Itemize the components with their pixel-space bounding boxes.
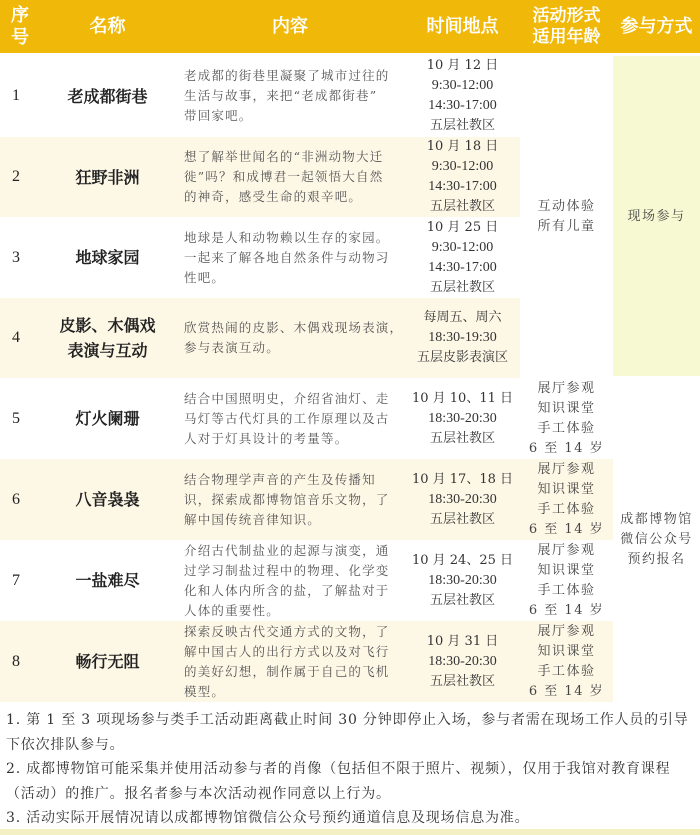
age-line: 6 至 14 岁 (529, 682, 604, 702)
content-line: 欣赏热闹的皮影、木偶戏现场表演， (184, 318, 403, 338)
form-line: 手工体验 (537, 581, 595, 601)
row-time-place: 10 月 17、18 日 18:30-20:30 五层社教区 (405, 459, 520, 540)
form-line: 手工体验 (537, 419, 595, 439)
row-index: 7 (0, 540, 40, 621)
form-line: 知识课堂 (537, 642, 595, 662)
row-name-line: 老成都街巷 (67, 84, 147, 109)
content-line: 模型。 (184, 682, 390, 702)
time-slot: 14:30-17:00 (428, 258, 496, 278)
place: 五层社教区 (430, 278, 495, 298)
header-time-place: 时间地点 (405, 0, 520, 53)
content-line: 结合中国照明史，介绍省油灯、走 (184, 389, 390, 409)
content-line: 介绍古代制盐业的起源与演变，通 (184, 541, 390, 561)
time-date: 每周五、周六 (423, 308, 501, 328)
row-form-age: 展厅参观 知识课堂 手工体验 6 至 14 岁 (520, 378, 613, 459)
row-name-line: 一盐难尽 (75, 568, 139, 593)
age-line: 6 至 14 岁 (529, 520, 604, 540)
age-line: 所有儿童 (537, 217, 595, 237)
time-date: 10 月 25 日 (427, 218, 498, 238)
participation-line: 成都博物馆 (620, 510, 693, 530)
row-name-line: 畅行无阻 (75, 649, 139, 674)
time-date: 10 月 18 日 (427, 137, 498, 157)
content-line: 一起来了解各地自然条件与动物习 (184, 248, 390, 268)
notes-section: 1. 第 1 至 3 项现场参与类手工活动距离截止时间 30 分钟即停止入场，参… (6, 708, 696, 831)
row-content: 结合中国照明史，介绍省油灯、走 马灯等古代灯具的工作原理以及古 人对于灯具设计的… (184, 378, 409, 459)
row-index: 3 (0, 217, 40, 298)
content-line: 解中国传统音律知识。 (184, 510, 390, 530)
content-line: 化和人体内所含的盐，了解盐对于 (184, 581, 390, 601)
content-line: 马灯等古代灯具的工作原理以及古 (184, 409, 390, 429)
row-index: 8 (0, 621, 40, 702)
row-name: 灯火阑珊 (40, 378, 175, 459)
header-age: 适用年龄 (533, 27, 601, 48)
place: 五层社教区 (430, 116, 495, 136)
time-date: 10 月 17、18 日 (412, 470, 513, 490)
row-content: 想了解举世闻名的“非洲动物大迁 徙”吗？和成博君一起领悟大自然 的神奇，感受生命… (184, 137, 409, 217)
merged-form-age-1-4: 互动体验 所有儿童 (520, 56, 613, 378)
header-index-line2: 号 (11, 27, 29, 49)
place: 五层社教区 (430, 510, 495, 530)
header-index: 序 号 (0, 0, 40, 53)
row-name: 地球家园 (40, 217, 175, 298)
time-slot: 9:30-12:00 (432, 157, 493, 177)
time-slot: 18:30-19:30 (428, 328, 496, 348)
row-time-place: 10 月 31 日 18:30-20:30 五层社教区 (405, 621, 520, 702)
row-name: 皮影、木偶戏 表演与互动 (40, 298, 175, 378)
header-name: 名称 (40, 0, 175, 53)
form-line: 知识课堂 (537, 480, 595, 500)
row-name: 八音袅袅 (40, 459, 175, 540)
form-line: 手工体验 (537, 500, 595, 520)
row-form-age: 展厅参观 知识课堂 手工体验 6 至 14 岁 (520, 459, 613, 540)
row-index: 6 (0, 459, 40, 540)
form-line: 展厅参观 (537, 622, 595, 642)
header-form-age: 活动形式 适用年龄 (520, 0, 613, 53)
note-1: 1. 第 1 至 3 项现场参与类手工活动距离截止时间 30 分钟即停止入场，参… (6, 708, 696, 757)
place: 五层社教区 (430, 672, 495, 692)
note-3: 3. 活动实际开展情况请以成都博物馆微信公众号预约通道信息及现场信息为准。 (6, 806, 696, 831)
time-slot: 18:30-20:30 (428, 652, 496, 672)
row-time-place: 10 月 12 日 9:30-12:00 14:30-17:00 五层社教区 (405, 56, 520, 136)
row-name-line: 八音袅袅 (75, 487, 139, 512)
content-line: 识，探索成都博物馆音乐文物，了 (184, 490, 390, 510)
form-line: 展厅参观 (537, 460, 595, 480)
row-time-place: 10 月 25 日 9:30-12:00 14:30-17:00 五层社教区 (405, 217, 520, 298)
content-line: 的美好幻想，制作属于自己的飞机 (184, 662, 390, 682)
table-header: 序 号 名称 内容 时间地点 活动形式 适用年龄 参与方式 (0, 0, 700, 53)
row-index: 4 (0, 298, 40, 378)
time-date: 10 月 10、11 日 (412, 389, 513, 409)
row-index: 5 (0, 378, 40, 459)
age-line: 6 至 14 岁 (529, 439, 604, 459)
form-line: 知识课堂 (537, 561, 595, 581)
header-participation: 参与方式 (613, 0, 700, 53)
place: 五层社教区 (430, 429, 495, 449)
content-line: 解中国古人的出行方式以及对飞行 (184, 642, 390, 662)
time-slot: 14:30-17:00 (428, 96, 496, 116)
row-time-place: 10 月 24、25 日 18:30-20:30 五层社教区 (405, 540, 520, 621)
row-name-line: 灯火阑珊 (75, 406, 139, 431)
row-name: 狂野非洲 (40, 137, 175, 217)
content-line: 性吧。 (184, 268, 390, 288)
row-content: 介绍古代制盐业的起源与演变，通 过学习制盐过程中的物理、化学变 化和人体内所含的… (184, 540, 409, 621)
row-name: 畅行无阻 (40, 621, 175, 702)
row-index: 2 (0, 137, 40, 217)
row-content: 地球是人和动物赖以生存的家园。 一起来了解各地自然条件与动物习 性吧。 (184, 217, 409, 298)
header-content: 内容 (175, 0, 405, 53)
note-2: 2. 成都博物馆可能采集并使用活动参与者的肖像（包括但不限于照片、视频），仅用于… (6, 757, 696, 806)
time-slot: 18:30-20:30 (428, 571, 496, 591)
content-line: 生活与故事，来把“老成都街巷” (184, 86, 390, 106)
content-line: 人体的重要性。 (184, 601, 390, 621)
content-line: 地球是人和动物赖以生存的家园。 (184, 228, 390, 248)
time-slot: 9:30-12:00 (432, 76, 493, 96)
form-line: 展厅参观 (537, 379, 595, 399)
row-content: 老成都的街巷里凝聚了城市过往的 生活与故事，来把“老成都街巷” 带回家吧。 (184, 56, 409, 136)
merged-participation-1-4: 现场参与 (613, 56, 700, 378)
time-slot: 9:30-12:00 (432, 238, 493, 258)
participation-text: 现场参与 (627, 207, 685, 227)
row-name: 老成都街巷 (40, 56, 175, 136)
row-content: 欣赏热闹的皮影、木偶戏现场表演， 参与表演互动。 (184, 298, 409, 378)
form-line: 手工体验 (537, 662, 595, 682)
time-slot: 18:30-20:30 (428, 490, 496, 510)
row-form-age: 展厅参观 知识课堂 手工体验 6 至 14 岁 (520, 621, 613, 702)
content-line: 参与表演互动。 (184, 338, 403, 358)
row-content: 探索反映古代交通方式的文物，了 解中国古人的出行方式以及对飞行 的美好幻想，制作… (184, 621, 409, 702)
content-line: 老成都的街巷里凝聚了城市过往的 (184, 66, 390, 86)
form-line: 知识课堂 (537, 399, 595, 419)
row-name-line: 表演与互动 (67, 338, 147, 363)
time-slot: 14:30-17:00 (428, 177, 496, 197)
age-line: 6 至 14 岁 (529, 601, 604, 621)
time-date: 10 月 24、25 日 (412, 551, 513, 571)
content-line: 想了解举世闻名的“非洲动物大迁 (184, 147, 383, 167)
row-name: 一盐难尽 (40, 540, 175, 621)
row-content: 结合物理学声音的产生及传播知 识，探索成都博物馆音乐文物，了 解中国传统音律知识… (184, 459, 409, 540)
content-line: 探索反映古代交通方式的文物，了 (184, 622, 390, 642)
bottom-divider (0, 829, 700, 835)
content-line: 徙”吗？和成博君一起领悟大自然 (184, 167, 383, 187)
row-name-line: 狂野非洲 (75, 165, 139, 190)
row-time-place: 每周五、周六 18:30-19:30 五层皮影表演区 (405, 298, 520, 378)
row-time-place: 10 月 10、11 日 18:30-20:30 五层社教区 (405, 378, 520, 459)
row-name-line: 地球家园 (75, 245, 139, 270)
content-line: 结合物理学声音的产生及传播知 (184, 470, 390, 490)
place: 五层社教区 (430, 591, 495, 611)
row-name-line: 皮影、木偶戏 (59, 313, 155, 338)
participation-line: 预约报名 (627, 550, 685, 570)
row-form-age: 展厅参观 知识课堂 手工体验 6 至 14 岁 (520, 540, 613, 621)
place: 五层社教区 (430, 197, 495, 217)
content-line: 人对于灯具设计的考量等。 (184, 429, 390, 449)
content-line: 带回家吧。 (184, 106, 390, 126)
content-line: 过学习制盐过程中的物理、化学变 (184, 561, 390, 581)
form-line: 互动体验 (537, 197, 595, 217)
content-line: 的神奇，感受生命的艰辛吧。 (184, 187, 383, 207)
time-date: 10 月 12 日 (427, 56, 498, 76)
merged-participation-5-8: 成都博物馆 微信公众号 预约报名 (613, 378, 700, 702)
form-line: 展厅参观 (537, 541, 595, 561)
row-index: 1 (0, 56, 40, 136)
header-index-line1: 序 (11, 5, 29, 27)
time-date: 10 月 31 日 (427, 632, 498, 652)
header-form: 活动形式 (533, 6, 601, 27)
place: 五层皮影表演区 (417, 348, 508, 368)
time-slot: 18:30-20:30 (428, 409, 496, 429)
row-time-place: 10 月 18 日 9:30-12:00 14:30-17:00 五层社教区 (405, 137, 520, 217)
participation-line: 微信公众号 (620, 530, 693, 550)
